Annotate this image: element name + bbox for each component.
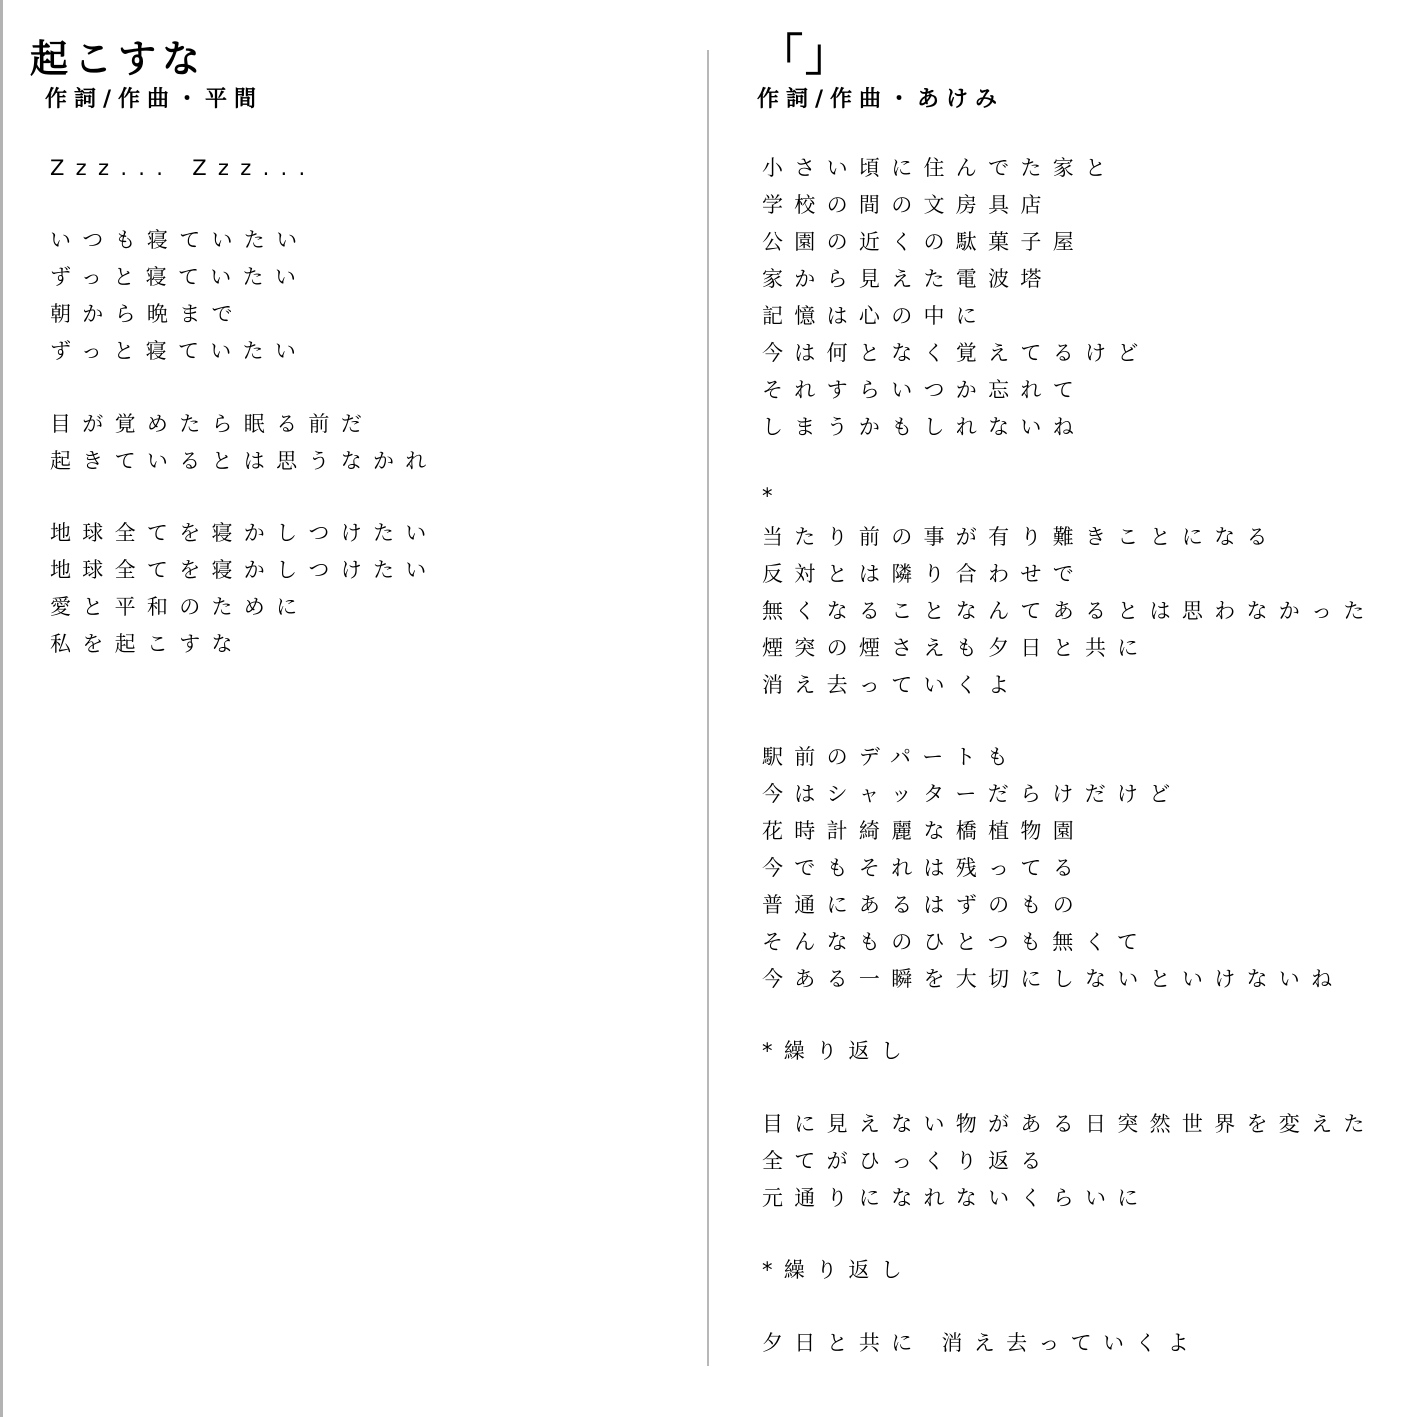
lyric-line: 小さい頃に住んでた家と bbox=[762, 158, 1117, 179]
lyric-line: 朝から晩まで bbox=[50, 304, 244, 325]
lyric-line: 目が覚めたら眠る前だ bbox=[50, 414, 373, 435]
lyric-line: 起きているとは思うなかれ bbox=[50, 451, 438, 472]
lyric-line: ずっと寝ていたい bbox=[50, 341, 307, 362]
lyric-line: 消え去っていくよ bbox=[762, 675, 1020, 696]
lyric-line: 駅前のデパートも bbox=[762, 747, 1019, 768]
lyric-line: そんなものひとつも無くて bbox=[762, 932, 1149, 953]
lyric-line: 公園の近くの駄菓子屋 bbox=[762, 232, 1085, 253]
song-title: 起こすな bbox=[30, 40, 206, 78]
lyric-line: 花時計綺麗な橋植物園 bbox=[762, 821, 1085, 842]
lyric-line: * bbox=[762, 486, 784, 507]
lyric-line: いつも寝ていたい bbox=[50, 230, 308, 251]
column-divider bbox=[707, 50, 709, 1366]
song-credit: 作詞/作曲・あけみ bbox=[757, 89, 1004, 111]
lyric-line: 元通りになれないくらいに bbox=[762, 1188, 1150, 1209]
lyric-line: 無くなることなんてあるとは思わなかった bbox=[762, 601, 1376, 622]
lyric-line: 煙突の煙さえも夕日と共に bbox=[762, 638, 1150, 659]
lyric-line: 目に見えない物がある日突然世界を変えた bbox=[762, 1114, 1376, 1135]
lyric-line: それすらいつか忘れて bbox=[762, 380, 1085, 401]
lyric-line: 今でもそれは残ってる bbox=[762, 858, 1085, 879]
lyric-line: 地球全てを寝かしつけたい bbox=[50, 523, 438, 544]
lyric-line: 私を起こすな bbox=[50, 634, 244, 655]
lyric-line: *繰り返し bbox=[762, 1260, 913, 1281]
lyric-line: 全てがひっくり返る bbox=[762, 1151, 1053, 1172]
lyric-line: 普通にあるはずのもの bbox=[762, 895, 1085, 916]
lyric-line: Zzz... Zzz... bbox=[50, 158, 317, 179]
song-title: 「」 bbox=[759, 34, 851, 78]
lyric-line: 学校の間の文房具店 bbox=[762, 195, 1053, 216]
lyric-line: 今は何となく覚えてるけど bbox=[762, 343, 1150, 364]
lyric-line: 当たり前の事が有り難きことになる bbox=[762, 527, 1279, 548]
lyric-line: 愛と平和のために bbox=[50, 597, 308, 618]
page-left-edge bbox=[0, 0, 3, 1417]
lyric-line: しまうかもしれないね bbox=[762, 417, 1085, 438]
lyric-line: 今はシャッターだらけだけど bbox=[762, 784, 1181, 805]
lyric-line: 家から見えた電波塔 bbox=[762, 269, 1053, 290]
song-credit: 作詞/作曲・平間 bbox=[45, 89, 263, 111]
lyric-line: *繰り返し bbox=[762, 1041, 913, 1062]
lyric-line: 反対とは隣り合わせで bbox=[762, 564, 1085, 585]
lyric-line: 地球全てを寝かしつけたい bbox=[50, 560, 438, 581]
lyric-line: 記憶は心の中に bbox=[762, 306, 988, 327]
lyric-line: ずっと寝ていたい bbox=[50, 267, 307, 288]
lyric-line: 今ある一瞬を大切にしないといけないね bbox=[762, 969, 1343, 990]
lyric-line: 夕日と共に 消え去っていくよ bbox=[762, 1333, 1200, 1354]
